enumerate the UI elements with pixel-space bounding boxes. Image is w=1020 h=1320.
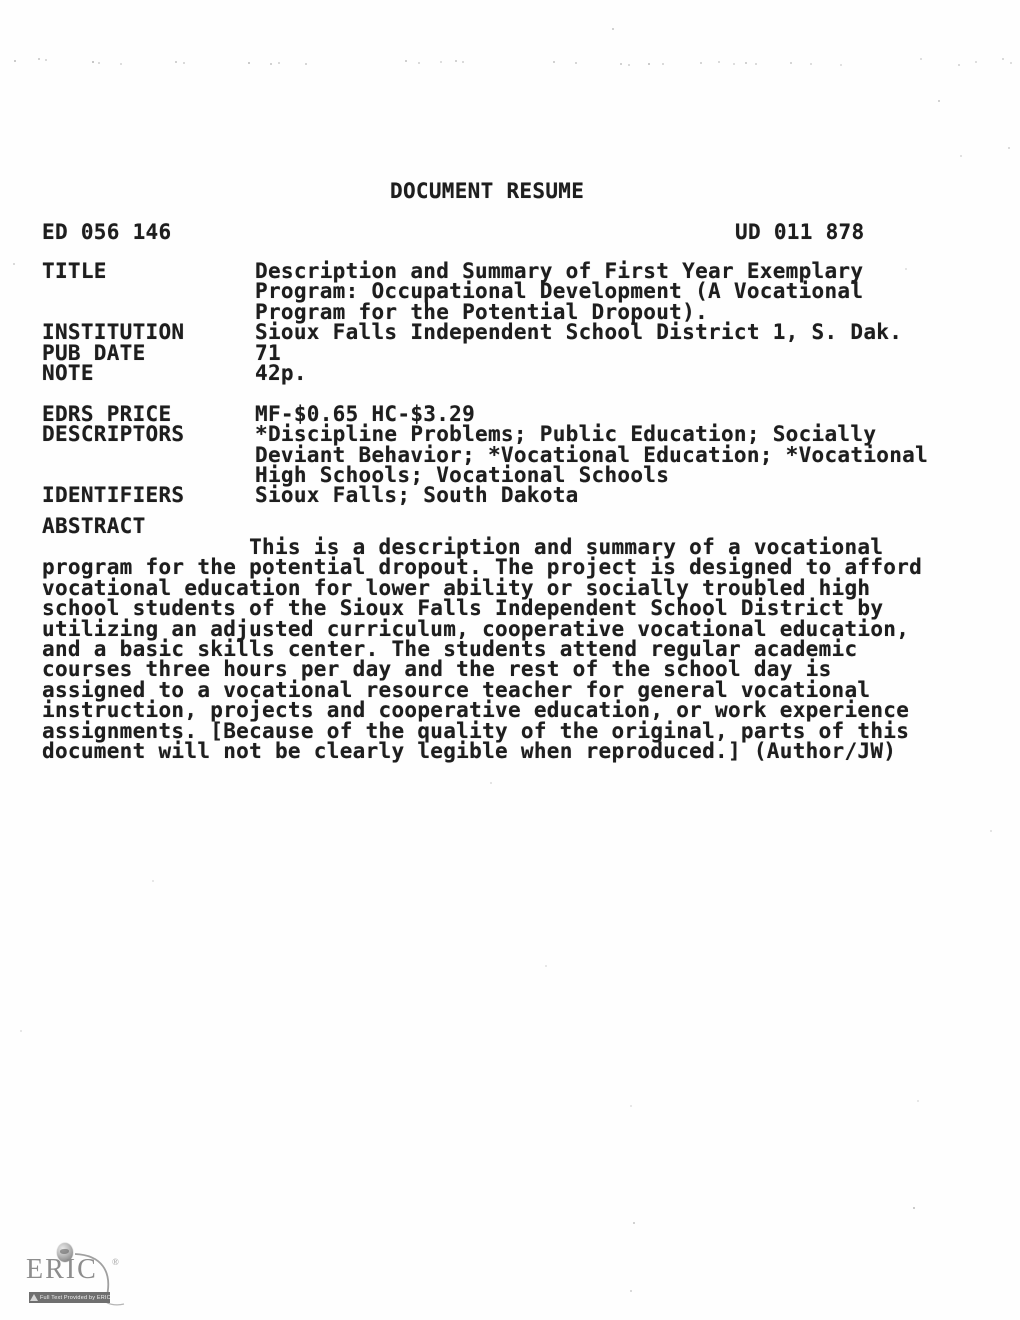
field-value-title: Description and Summary of First Year Ex…: [255, 261, 863, 322]
field-label-edrs-price: EDRS PRICE: [42, 404, 255, 424]
bibliographic-fields: TITLE Description and Summary of First Y…: [42, 261, 978, 506]
eric-banner-triangle-icon: [30, 1294, 38, 1301]
ed-accession-number: ED 056 146: [42, 222, 171, 242]
eric-banner: Full Text Provided by ERIC: [29, 1292, 110, 1303]
scan-noise-speckles: [0, 0, 2, 2]
field-row-descriptors: DESCRIPTORS *Discipline Problems; Public…: [42, 424, 978, 485]
field-value-institution: Sioux Falls Independent School District …: [255, 322, 902, 342]
field-row-title: TITLE Description and Summary of First Y…: [42, 261, 978, 322]
eric-wordmark: ERIC: [26, 1255, 98, 1285]
document-resume-header: DOCUMENT RESUME: [390, 181, 584, 201]
field-value-identifiers: Sioux Falls; South Dakota: [255, 485, 579, 505]
field-label-identifiers: IDENTIFIERS: [42, 485, 255, 505]
field-value-note: 42p.: [255, 363, 307, 383]
field-row-pub-date: PUB DATE 71: [42, 343, 978, 363]
field-row-note: NOTE 42p.: [42, 363, 978, 383]
field-value-pub-date: 71: [255, 343, 281, 363]
field-row-edrs-price: EDRS PRICE MF-$0.65 HC-$3.29: [42, 404, 978, 424]
eric-banner-tagline: Full Text Provided by ERIC: [40, 1295, 110, 1301]
field-value-descriptors: *Discipline Problems; Public Education; …: [255, 424, 928, 485]
field-row-institution: INSTITUTION Sioux Falls Independent Scho…: [42, 322, 978, 342]
eric-registered-mark-icon: ®: [112, 1257, 119, 1267]
eric-logo: ERIC ® Full Text Provided by ERIC: [26, 1242, 144, 1310]
abstract-body: This is a description and summary of a v…: [42, 537, 982, 761]
field-row-identifiers: IDENTIFIERS Sioux Falls; South Dakota: [42, 485, 978, 505]
field-label-descriptors: DESCRIPTORS: [42, 424, 255, 444]
field-label-pub-date: PUB DATE: [42, 343, 255, 363]
clearinghouse-number: UD 011 878: [735, 222, 864, 242]
scanned-document-page: DOCUMENT RESUME ED 056 146 UD 011 878 TI…: [0, 0, 1020, 1320]
field-label-note: NOTE: [42, 363, 255, 383]
field-label-institution: INSTITUTION: [42, 322, 255, 342]
field-value-edrs-price: MF-$0.65 HC-$3.29: [255, 404, 475, 424]
abstract-heading: ABSTRACT: [42, 516, 146, 536]
field-label-title: TITLE: [42, 261, 255, 281]
